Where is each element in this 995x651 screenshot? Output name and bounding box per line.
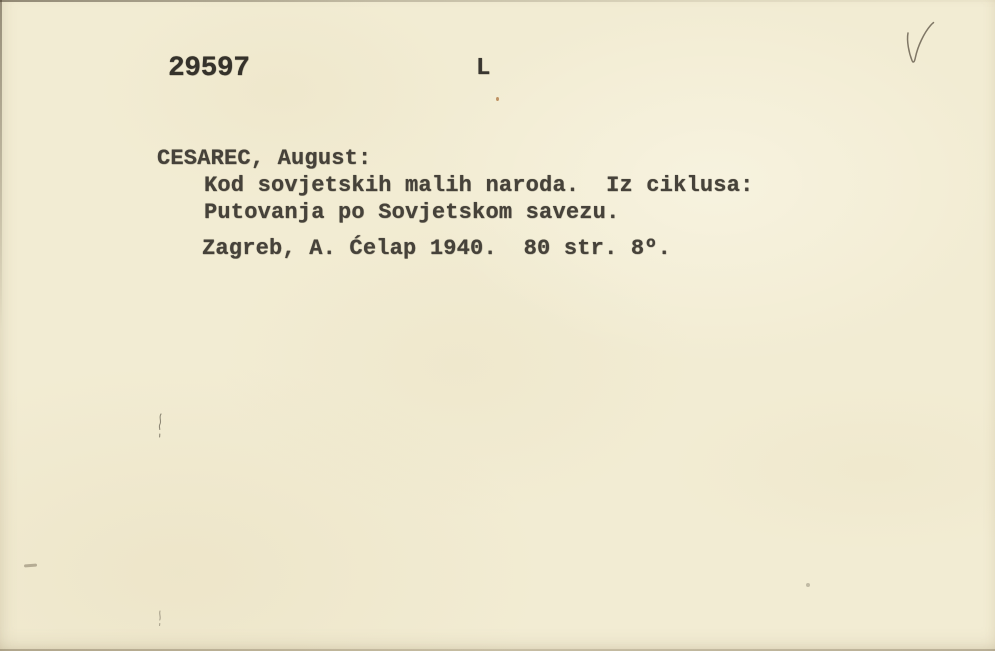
pencil-tick-icon [155, 609, 165, 629]
author-heading: CESAREC, August: [157, 148, 371, 170]
scan-edge-left [0, 0, 2, 330]
gray-speck [806, 583, 810, 587]
imprint-line: Zagreb, A. Ćelap 1940. 80 str. 8º. [202, 238, 671, 260]
title-line-2: Putovanja po Sovjetskom savezu. [204, 202, 619, 224]
pencil-squiggle-icon [153, 412, 167, 440]
pencil-dash-mark [24, 564, 37, 567]
title-line-1: Kod sovjetskih malih naroda. Iz ciklusa: [204, 175, 754, 197]
rust-ink-speck [496, 97, 499, 101]
handwritten-check-mark-icon [898, 20, 940, 72]
call-number: 29597 [168, 55, 250, 83]
classification-letter: L [476, 57, 491, 81]
scan-edge-top [0, 0, 995, 2]
catalog-card: 29597 L CESAREC, August: Kod sovjetskih … [0, 0, 995, 651]
